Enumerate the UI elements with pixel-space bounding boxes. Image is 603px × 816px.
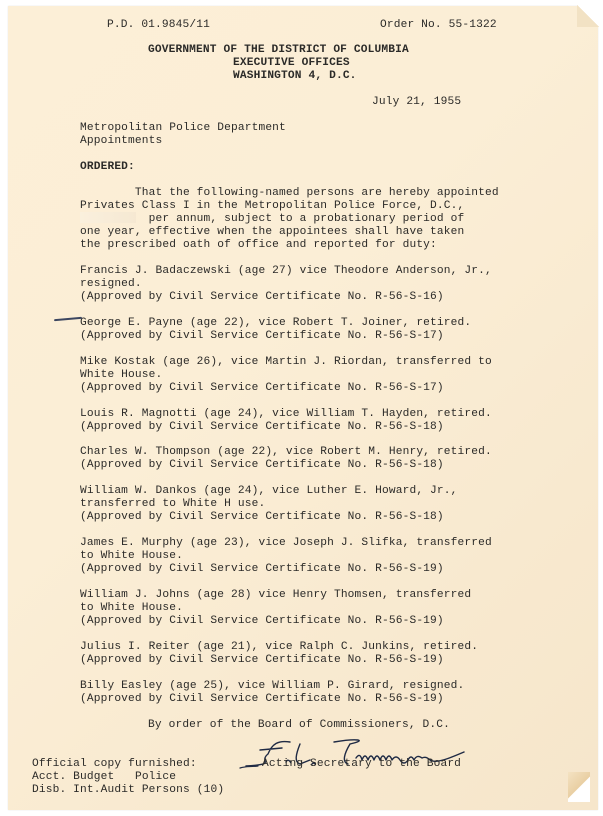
signatory-title: Acting Secretary to the Board <box>262 758 461 771</box>
preamble-line: one year, effective when the appointees … <box>80 226 464 239</box>
appointment-line: Francis J. Badaczewski (age 27) vice The… <box>80 265 492 278</box>
ordered-label: ORDERED: <box>80 161 135 174</box>
redacted-salary <box>80 212 136 223</box>
appointment-line: White House. <box>80 369 162 382</box>
appointment-approval: (Approved by Civil Service Certificate N… <box>80 459 444 472</box>
preamble-line: per annum, subject to a probationary per… <box>80 213 464 226</box>
appointment-line: Julius I. Reiter (age 21), vice Ralph C.… <box>80 641 478 654</box>
appointment-approval: (Approved by Civil Service Certificate N… <box>80 615 444 628</box>
appointment-approval: (Approved by Civil Service Certificate N… <box>80 291 444 304</box>
appointment-line: William W. Dankos (age 24), vice Luther … <box>80 485 458 498</box>
appointment-approval: (Approved by Civil Service Certificate N… <box>80 421 444 434</box>
appointment-line: transferred to White H use. <box>80 498 265 511</box>
subject-department: Metropolitan Police Department <box>80 122 286 135</box>
preamble-line: That the following-named persons are her… <box>80 187 499 200</box>
appointment-line: resigned. <box>80 278 142 291</box>
appointment-approval: (Approved by Civil Service Certificate N… <box>80 654 444 667</box>
distribution-line: Acct. Budget Police <box>32 771 176 784</box>
appointment-approval: (Approved by Civil Service Certificate N… <box>80 563 444 576</box>
appointment-line: to White House. <box>80 550 183 563</box>
appointment-line: Charles W. Thompson (age 22), vice Rober… <box>80 446 492 459</box>
preamble-line: Privates Class I in the Metropolitan Pol… <box>80 200 464 213</box>
distribution-label: Official copy furnished: <box>32 758 197 771</box>
letterhead-city: WASHINGTON 4, D.C. <box>233 70 357 83</box>
appointment-approval: (Approved by Civil Service Certificate N… <box>80 511 444 524</box>
appointment-line: Billy Easley (age 25), vice William P. G… <box>80 680 464 693</box>
appointment-line: Louis R. Magnotti (age 24), vice William… <box>80 408 492 421</box>
letterhead-offices: EXECUTIVE OFFICES <box>233 57 350 70</box>
letterhead-government: GOVERNMENT OF THE DISTRICT OF COLUMBIA <box>148 44 409 57</box>
appointment-line: Mike Kostak (age 26), vice Martin J. Rio… <box>80 356 492 369</box>
appointment-line: to White House. <box>80 602 183 615</box>
appointment-approval: (Approved by Civil Service Certificate N… <box>80 693 444 706</box>
appointment-line: George E. Payne (age 22), vice Robert T.… <box>80 317 471 330</box>
appointment-approval: (Approved by Civil Service Certificate N… <box>80 330 444 343</box>
appointment-line: James E. Murphy (age 23), vice Joseph J.… <box>80 537 492 550</box>
preamble-line: the prescribed oath of office and report… <box>80 239 437 252</box>
distribution-line: Disb. Int.Audit Persons (10) <box>32 784 224 797</box>
paper-corner-curl <box>568 772 590 802</box>
subject-appointments: Appointments <box>80 135 162 148</box>
order-number: Order No. 55-1322 <box>380 19 497 32</box>
document-date: July 21, 1955 <box>372 96 461 109</box>
appointment-line: William J. Johns (age 28) vice Henry Tho… <box>80 589 471 602</box>
paper-corner-fold <box>577 5 599 27</box>
closing-statement: By order of the Board of Commissioners, … <box>148 719 450 732</box>
pd-number: P.D. 01.9845/11 <box>107 19 210 32</box>
appointment-approval: (Approved by Civil Service Certificate N… <box>80 382 444 395</box>
